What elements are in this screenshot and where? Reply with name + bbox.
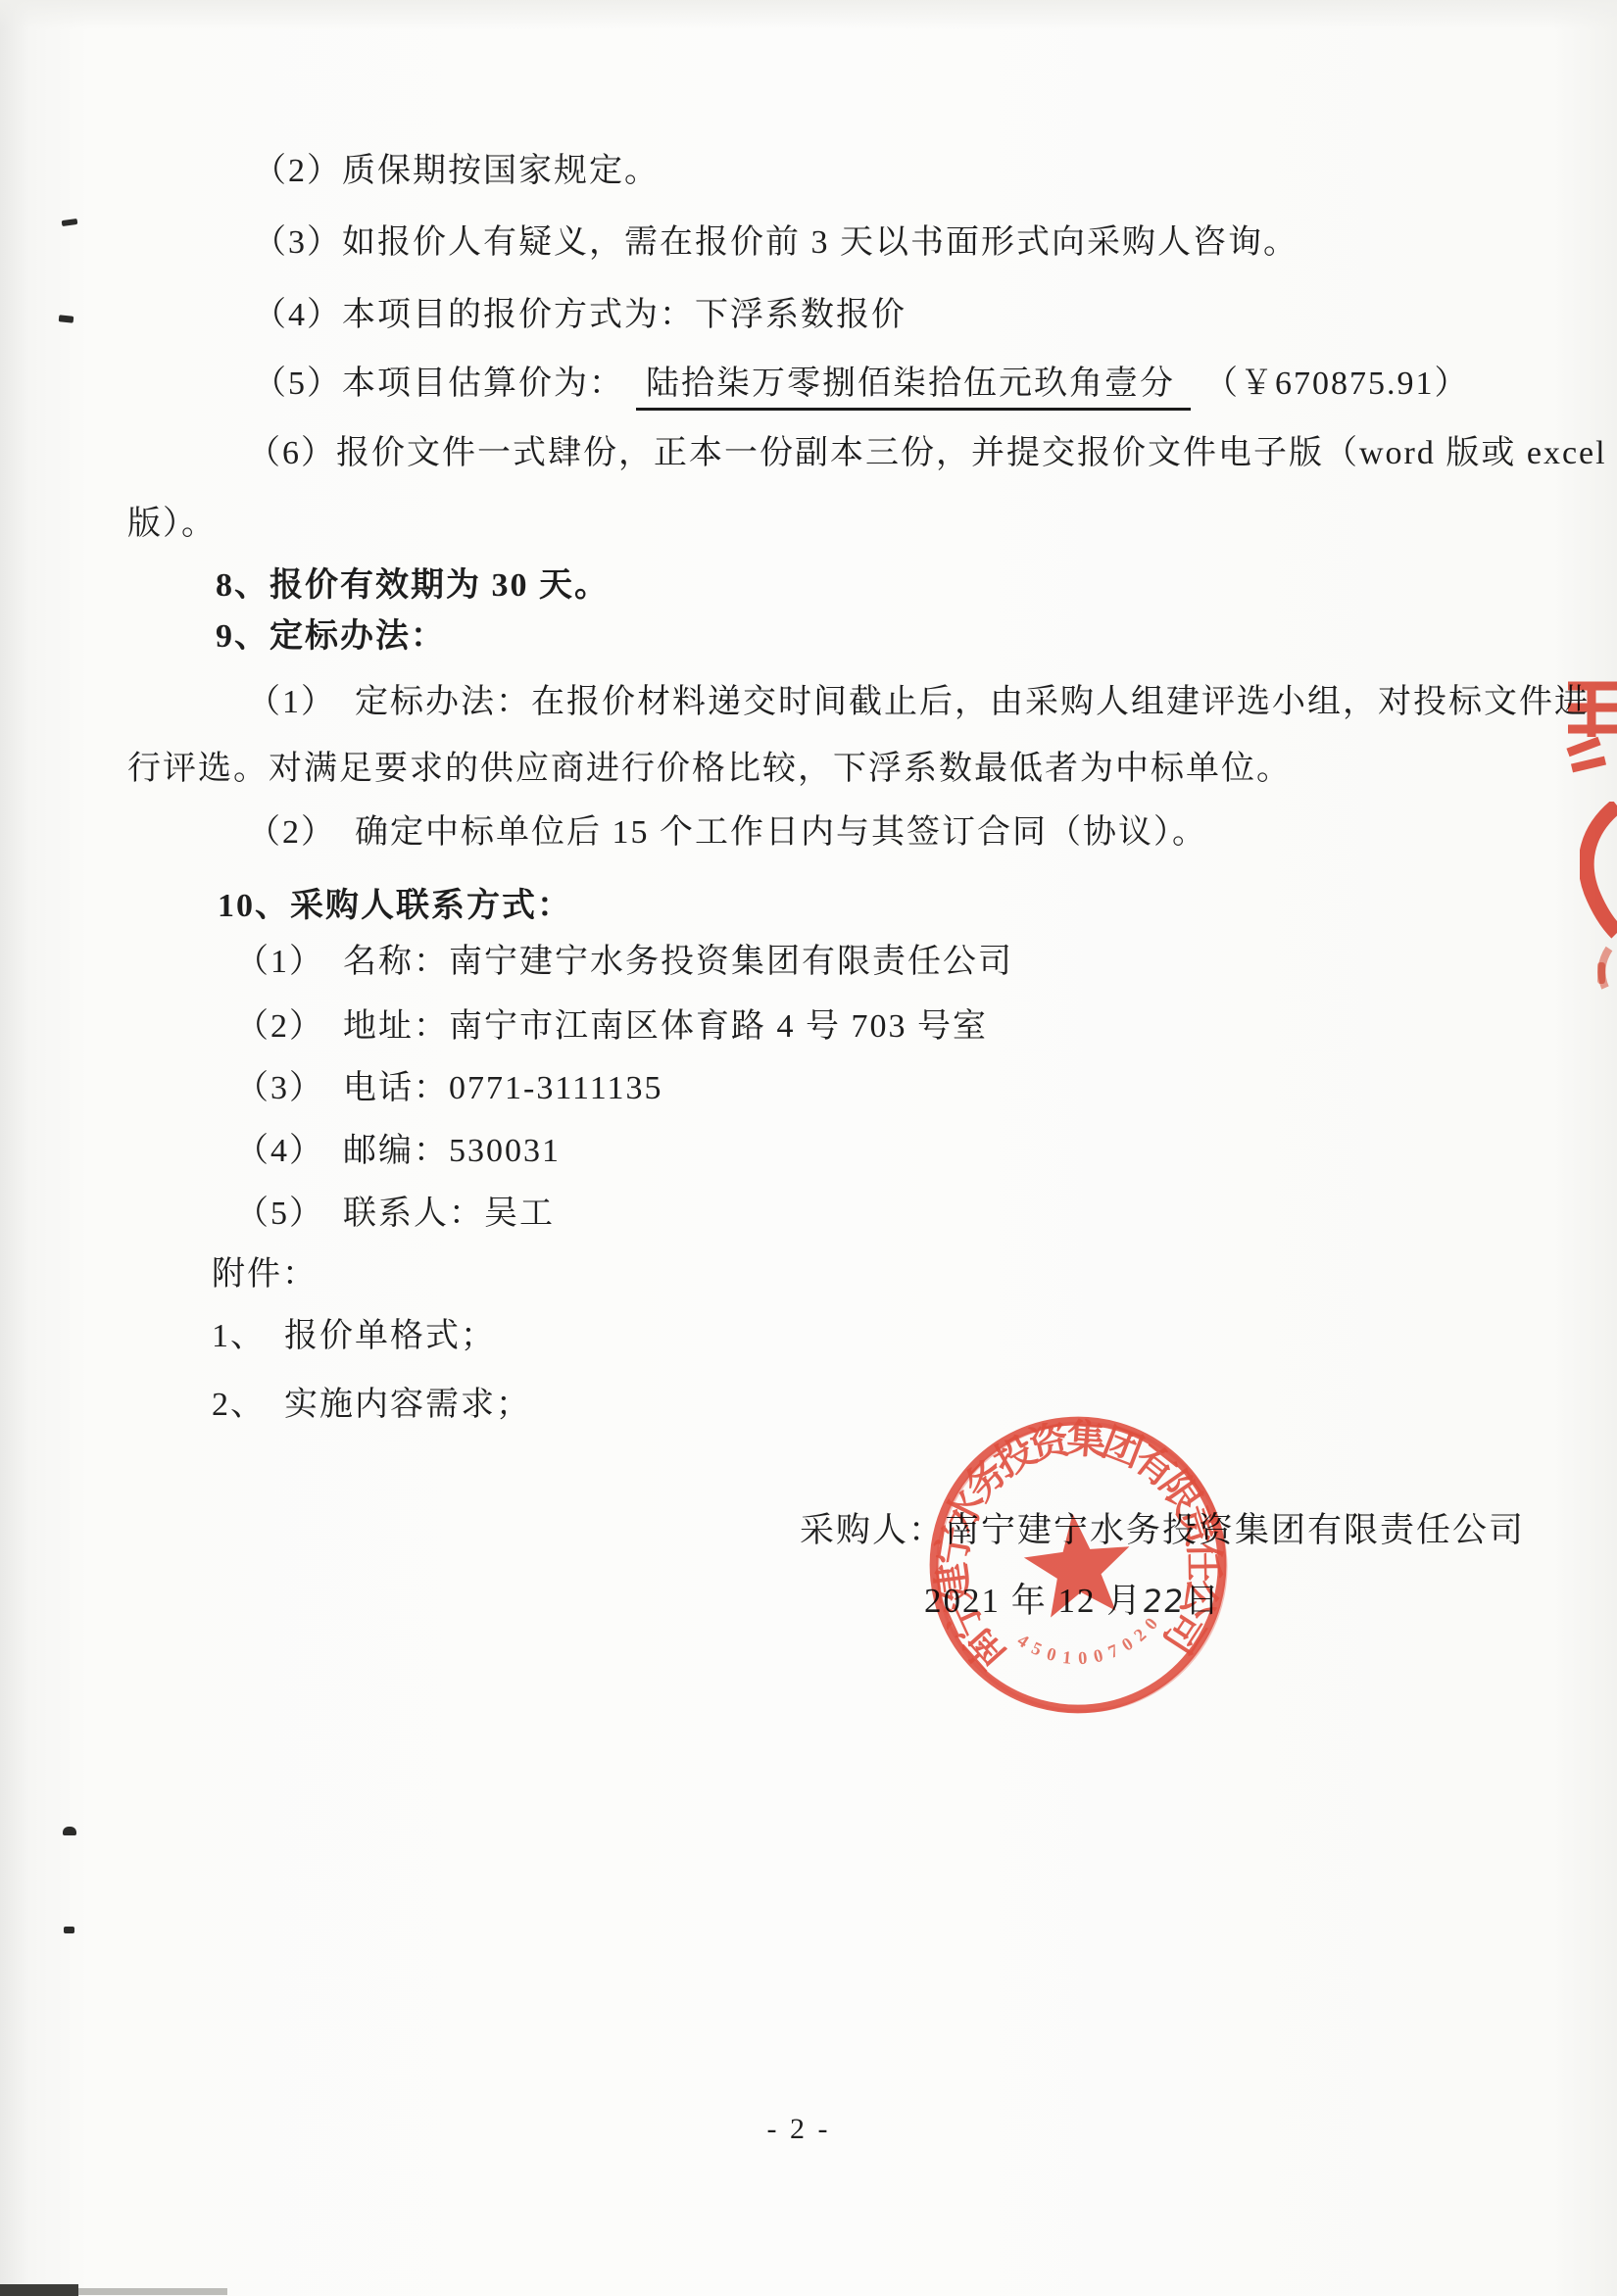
contact-address: （2） 地址：南宁市江南区体育路 4 号 703 号室 bbox=[235, 1007, 988, 1048]
estimate-price-amount-chinese: 陆拾柒万零捌佰柒拾伍元玖角壹分 bbox=[636, 365, 1191, 411]
date-suffix: 日 bbox=[1185, 1582, 1221, 1620]
estimate-price-prefix: （5）本项目估算价为： bbox=[253, 366, 624, 402]
seal-ring-smudge bbox=[923, 1409, 1240, 1726]
attachment-1: 1、 报价单格式； bbox=[212, 1317, 496, 1357]
contact-person: （5） 联系人：吴工 bbox=[235, 1195, 555, 1235]
scan-speck bbox=[63, 1827, 76, 1835]
clause-6-wrap: 版）。 bbox=[127, 505, 217, 545]
buyer-signature-line: 采购人：南宁建宁水务投资集团有限责任公司 bbox=[800, 1510, 1525, 1551]
date-prefix: 2021 年 12 月 bbox=[924, 1582, 1143, 1620]
heading-9-award-method: 9、定标办法： bbox=[216, 617, 446, 658]
scan-speck bbox=[62, 219, 78, 226]
scanned-document-page: （2）质保期按国家规定。 （3）如报价人有疑义，需在报价前 3 天以书面形式向采… bbox=[0, 0, 1617, 2296]
clause-4-quote-method: （4）本项目的报价方式为：下浮系数报价 bbox=[253, 296, 906, 336]
date-day-handwritten: 22 bbox=[1141, 1583, 1187, 1620]
clause-2-warranty: （2）质保期按国家规定。 bbox=[253, 152, 660, 192]
edge-stamp-fragment-2 bbox=[1580, 802, 1617, 998]
attachment-2: 2、 实施内容需求； bbox=[212, 1386, 531, 1426]
heading-10-contact: 10、采购人联系方式： bbox=[218, 887, 572, 927]
contact-postcode: （4） 邮编：530031 bbox=[235, 1132, 561, 1172]
clause-9-1-line1: （1） 定标办法：在报价材料递交时间截止后，由采购人组建评选小组，对投标文件进 bbox=[247, 683, 1590, 723]
attachments-label: 附件： bbox=[212, 1255, 318, 1295]
estimate-price-amount-numeric: （￥670875.91） bbox=[1204, 366, 1470, 402]
scan-speck bbox=[59, 315, 74, 323]
clause-9-1-line2: 行评选。对满足要求的供应商进行价格比较，下浮系数最低者为中标单位。 bbox=[127, 750, 1292, 790]
clause-9-2-contract: （2） 确定中标单位后 15 个工作日内与其签订合同（协议）。 bbox=[247, 813, 1207, 854]
seal-outer-ring bbox=[919, 1406, 1236, 1723]
scan-edge-artifact bbox=[0, 2284, 78, 2296]
page-number: - 2 - bbox=[0, 2113, 1597, 2146]
clause-3-questions: （3）如报价人有疑义，需在报价前 3 天以书面形式向采购人咨询。 bbox=[253, 223, 1298, 264]
contact-phone: （3） 电话：0771-3111135 bbox=[235, 1069, 663, 1109]
company-seal-stamp: 南宁建宁水务投资集团有限责任公司 4501007020434 bbox=[890, 1377, 1267, 1754]
heading-8-validity: 8、报价有效期为 30 天。 bbox=[216, 566, 610, 607]
clause-5-estimate-price: （5）本项目估算价为：陆拾柒万零捌佰柒拾伍元玖角壹分（￥670875.91） bbox=[253, 365, 1470, 411]
signature-date-line: 2021 年 12 月22日 bbox=[924, 1581, 1221, 1622]
contact-name: （1） 名称：南宁建宁水务投资集团有限责任公司 bbox=[235, 943, 1013, 983]
scan-speck bbox=[64, 1927, 74, 1933]
scan-edge-artifact bbox=[78, 2288, 227, 2295]
edge-stamp-speck bbox=[1597, 962, 1605, 984]
clause-6-copies: （6）报价文件一式肆份，正本一份副本三份，并提交报价文件电子版（word 版或 … bbox=[247, 434, 1607, 474]
